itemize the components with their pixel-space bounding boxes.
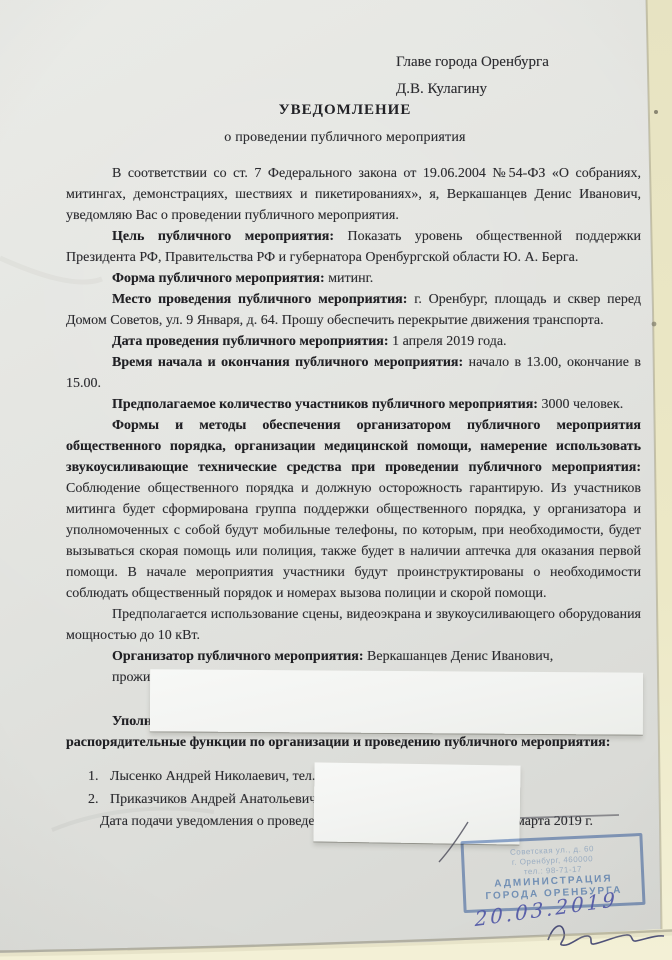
redaction-strip-address [150, 669, 643, 734]
field-value: 3000 человек. [541, 397, 623, 412]
field-label: Дата проведения публичного мероприятия: [112, 334, 389, 349]
paragraph-place: Место проведения публичного мероприятия:… [66, 289, 641, 331]
field-label: Формы и методы обеспечения организатором… [66, 418, 641, 475]
paragraph-intro: В соответствии со ст. 7 Федерального зак… [66, 163, 641, 226]
photo-of-document: { "photo": { "background_color": "#ece8c… [0, 0, 672, 960]
redaction-strip-phones [313, 762, 520, 844]
field-value: митинг. [328, 271, 373, 286]
list-item-number: 1. [88, 765, 110, 788]
addressee-line: Д.В. Кулагину [396, 76, 549, 103]
field-label: Цель публичного мероприятия: [112, 229, 334, 244]
paragraph-goal: Цель публичного мероприятия: Показать ур… [66, 226, 641, 268]
field-label: Предполагаемое количество участников пуб… [112, 397, 538, 412]
field-value: В соответствии со ст. 7 Федерального зак… [66, 166, 641, 223]
field-value: Веркашанцев Денис Иванович, [367, 649, 553, 664]
field-label: Форма публичного мероприятия: [112, 271, 325, 286]
list-item-number: 2. [88, 788, 110, 811]
paragraph-participants: Предполагаемое количество участников пуб… [66, 394, 641, 415]
paragraph-form: Форма публичного мероприятия: митинг. [66, 268, 641, 289]
document-subtitle: о проведении публичного мероприятия [40, 130, 650, 146]
list-item-text: Лысенко Андрей Николаевич, тел. 8 [110, 765, 326, 788]
field-label: Место проведения публичного мероприятия: [112, 292, 407, 307]
field-label: Организатор публичного мероприятия: [112, 649, 364, 664]
document-title: УВЕДОМЛЕНИЕ [40, 102, 650, 119]
addressee-line: Главе города Оренбурга [396, 49, 549, 76]
paragraph-equipment: Предполагается использование сцены, виде… [66, 604, 641, 646]
field-value: Предполагается использование сцены, виде… [66, 607, 641, 643]
paragraph-date: Дата проведения публичного мероприятия: … [66, 331, 641, 352]
paragraph-time: Время начала и окончания публичного меро… [66, 352, 641, 394]
field-value: 1 апреля 2019 года. [392, 334, 507, 349]
list-item-text: Приказчиков Андрей Анатольевич, [110, 788, 320, 811]
field-label: Время начала и окончания публичного меро… [112, 355, 463, 370]
field-value: Соблюдение общественного порядка и должн… [66, 481, 641, 601]
background-speck [654, 110, 658, 114]
paragraph-order-and-safety: Формы и методы обеспечения организатором… [66, 415, 641, 604]
addressee-block: Главе города Оренбурга Д.В. Кулагину [396, 49, 549, 103]
